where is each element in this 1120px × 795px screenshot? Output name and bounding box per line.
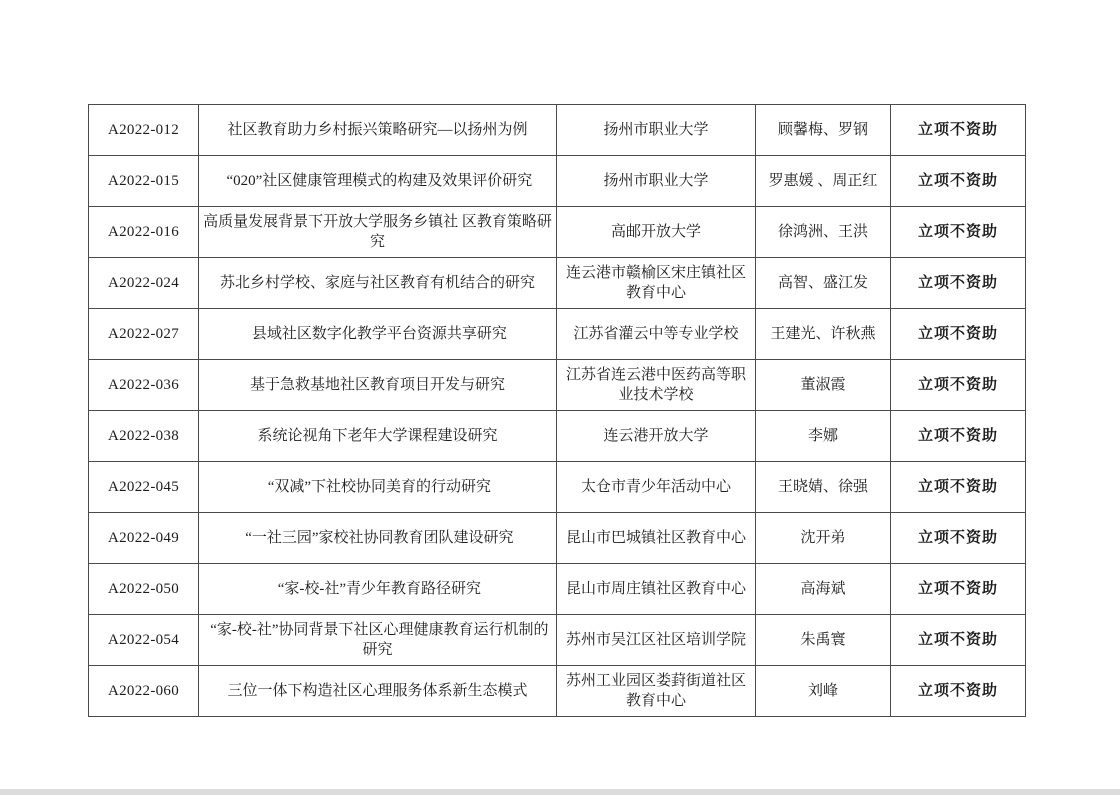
result-cell: 立项不资助 xyxy=(891,513,1026,564)
project-id-cell: A2022-038 xyxy=(89,411,199,462)
project-title-cell: “一社三园”家校社协同教育团队建设研究 xyxy=(199,513,557,564)
members-cell: 王晓婧、徐强 xyxy=(756,462,891,513)
table-row: A2022-054 “家-校-社”协同背景下社区心理健康教育运行机制的研究 苏州… xyxy=(89,615,1026,666)
project-title-cell: 系统论视角下老年大学课程建设研究 xyxy=(199,411,557,462)
project-id-cell: A2022-045 xyxy=(89,462,199,513)
table-row: A2022-036 基于急救基地社区教育项目开发与研究 江苏省连云港中医药高等职… xyxy=(89,360,1026,411)
members-cell: 王建光、许秋燕 xyxy=(756,309,891,360)
institution-cell: 高邮开放大学 xyxy=(557,207,756,258)
institution-cell: 太仓市青少年活动中心 xyxy=(557,462,756,513)
members-cell: 董淑霞 xyxy=(756,360,891,411)
table-row: A2022-045 “双减”下社校协同美育的行动研究 太仓市青少年活动中心 王晓… xyxy=(89,462,1026,513)
institution-cell: 扬州市职业大学 xyxy=(557,156,756,207)
institution-cell: 昆山市周庄镇社区教育中心 xyxy=(557,564,756,615)
result-cell: 立项不资助 xyxy=(891,411,1026,462)
project-id-cell: A2022-054 xyxy=(89,615,199,666)
result-cell: 立项不资助 xyxy=(891,156,1026,207)
project-title-cell: 高质量发展背景下开放大学服务乡镇社 区教育策略研究 xyxy=(199,207,557,258)
project-title-cell: “020”社区健康管理模式的构建及效果评价研究 xyxy=(199,156,557,207)
project-id-cell: A2022-036 xyxy=(89,360,199,411)
result-cell: 立项不资助 xyxy=(891,615,1026,666)
project-title-cell: “双减”下社校协同美育的行动研究 xyxy=(199,462,557,513)
result-cell: 立项不资助 xyxy=(891,360,1026,411)
members-cell: 沈开弟 xyxy=(756,513,891,564)
result-cell: 立项不资助 xyxy=(891,564,1026,615)
members-cell: 高智、盛江发 xyxy=(756,258,891,309)
project-id-cell: A2022-015 xyxy=(89,156,199,207)
table-row: A2022-015 “020”社区健康管理模式的构建及效果评价研究 扬州市职业大… xyxy=(89,156,1026,207)
table-row: A2022-016 高质量发展背景下开放大学服务乡镇社 区教育策略研究 高邮开放… xyxy=(89,207,1026,258)
project-title-cell: “家-校-社”协同背景下社区心理健康教育运行机制的研究 xyxy=(199,615,557,666)
project-id-cell: A2022-050 xyxy=(89,564,199,615)
institution-cell: 昆山市巴城镇社区教育中心 xyxy=(557,513,756,564)
project-title-cell: “家-校-社”青少年教育路径研究 xyxy=(199,564,557,615)
table-row: A2022-060 三位一体下构造社区心理服务体系新生态模式 苏州工业园区娄葑街… xyxy=(89,666,1026,717)
members-cell: 顾馨梅、罗钢 xyxy=(756,105,891,156)
project-id-cell: A2022-012 xyxy=(89,105,199,156)
institution-cell: 苏州市吴江区社区培训学院 xyxy=(557,615,756,666)
project-title-cell: 基于急救基地社区教育项目开发与研究 xyxy=(199,360,557,411)
result-cell: 立项不资助 xyxy=(891,666,1026,717)
table-row: A2022-012 社区教育助力乡村振兴策略研究—以扬州为例 扬州市职业大学 顾… xyxy=(89,105,1026,156)
project-title-cell: 县域社区数字化教学平台资源共享研究 xyxy=(199,309,557,360)
members-cell: 徐鸿洲、王洪 xyxy=(756,207,891,258)
table-row: A2022-049 “一社三园”家校社协同教育团队建设研究 昆山市巴城镇社区教育… xyxy=(89,513,1026,564)
institution-cell: 连云港市赣榆区宋庄镇社区教育中心 xyxy=(557,258,756,309)
projects-table-body: A2022-012 社区教育助力乡村振兴策略研究—以扬州为例 扬州市职业大学 顾… xyxy=(89,105,1026,717)
members-cell: 高海斌 xyxy=(756,564,891,615)
table-row: A2022-050 “家-校-社”青少年教育路径研究 昆山市周庄镇社区教育中心 … xyxy=(89,564,1026,615)
members-cell: 刘峰 xyxy=(756,666,891,717)
institution-cell: 江苏省灌云中等专业学校 xyxy=(557,309,756,360)
project-id-cell: A2022-027 xyxy=(89,309,199,360)
project-title-cell: 三位一体下构造社区心理服务体系新生态模式 xyxy=(199,666,557,717)
institution-cell: 江苏省连云港中医药高等职业技术学校 xyxy=(557,360,756,411)
table-row: A2022-038 系统论视角下老年大学课程建设研究 连云港开放大学 李娜 立项… xyxy=(89,411,1026,462)
project-title-cell: 社区教育助力乡村振兴策略研究—以扬州为例 xyxy=(199,105,557,156)
result-cell: 立项不资助 xyxy=(891,309,1026,360)
result-cell: 立项不资助 xyxy=(891,258,1026,309)
result-cell: 立项不资助 xyxy=(891,105,1026,156)
page-bottom-edge xyxy=(0,789,1120,795)
project-id-cell: A2022-016 xyxy=(89,207,199,258)
result-cell: 立项不资助 xyxy=(891,462,1026,513)
projects-table: A2022-012 社区教育助力乡村振兴策略研究—以扬州为例 扬州市职业大学 顾… xyxy=(88,104,1026,717)
members-cell: 朱禹寰 xyxy=(756,615,891,666)
members-cell: 罗惠媛 、周正红 xyxy=(756,156,891,207)
project-id-cell: A2022-024 xyxy=(89,258,199,309)
document-page: A2022-012 社区教育助力乡村振兴策略研究—以扬州为例 扬州市职业大学 顾… xyxy=(0,0,1120,795)
project-id-cell: A2022-049 xyxy=(89,513,199,564)
project-id-cell: A2022-060 xyxy=(89,666,199,717)
project-title-cell: 苏北乡村学校、家庭与社区教育有机结合的研究 xyxy=(199,258,557,309)
members-cell: 李娜 xyxy=(756,411,891,462)
result-cell: 立项不资助 xyxy=(891,207,1026,258)
institution-cell: 扬州市职业大学 xyxy=(557,105,756,156)
institution-cell: 连云港开放大学 xyxy=(557,411,756,462)
table-row: A2022-027 县域社区数字化教学平台资源共享研究 江苏省灌云中等专业学校 … xyxy=(89,309,1026,360)
institution-cell: 苏州工业园区娄葑街道社区教育中心 xyxy=(557,666,756,717)
table-row: A2022-024 苏北乡村学校、家庭与社区教育有机结合的研究 连云港市赣榆区宋… xyxy=(89,258,1026,309)
